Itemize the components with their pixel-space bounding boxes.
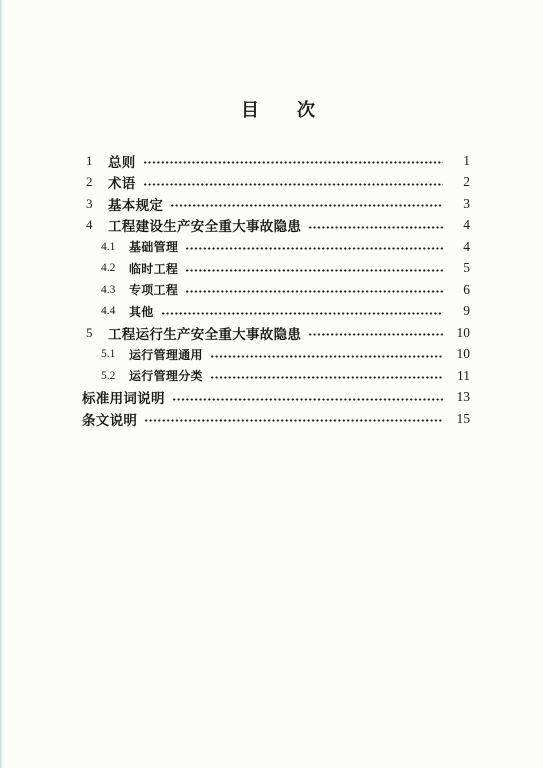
toc-entry: 4.1 基础管理 4: [86, 236, 470, 258]
entry-page-number: 3: [448, 196, 470, 212]
toc-entry: 4.2 临时工程 5: [86, 258, 470, 280]
entry-page-number: 4: [448, 217, 470, 233]
toc-entry: 5.1 运行管理通用 10: [86, 344, 470, 366]
entry-label: 运行管理分类: [129, 367, 203, 384]
entry-page-number: 11: [448, 368, 470, 384]
entry-page-number: 10: [448, 325, 470, 341]
entry-number: 2: [86, 174, 108, 190]
entry-number: 4.2: [101, 262, 121, 274]
entry-number: 4: [86, 217, 108, 233]
dot-leader: [161, 312, 443, 315]
document-page: 目 次 1 总则 1 2 术语 2 3 基本规定 3 4 工程建设生产安全重大事…: [0, 0, 543, 768]
toc-entry: 条文说明 15: [86, 408, 470, 430]
entry-label: 标准用词说明: [82, 387, 165, 407]
toc-entry: 4.3 专项工程 6: [86, 279, 470, 301]
entry-page-number: 5: [448, 260, 470, 276]
entry-label: 其他: [129, 303, 154, 320]
dot-leader: [143, 161, 443, 164]
scan-edge-shadow: [0, 0, 3, 768]
page-title-char-2: 次: [297, 100, 315, 122]
toc-entry: 3 基本规定 3: [86, 193, 470, 215]
dot-leader: [210, 376, 443, 379]
toc-list: 1 总则 1 2 术语 2 3 基本规定 3 4 工程建设生产安全重大事故隐患 …: [86, 150, 470, 430]
dot-leader: [308, 226, 443, 229]
entry-label: 术语: [108, 172, 136, 192]
toc-entry: 标准用词说明 13: [86, 387, 470, 409]
entry-number: 4.4: [101, 305, 121, 317]
entry-label: 基础管理: [129, 238, 178, 255]
toc-entry: 4 工程建设生产安全重大事故隐患 4: [86, 215, 470, 237]
toc-entry: 5.2 运行管理分类 11: [86, 365, 470, 387]
entry-page-number: 4: [448, 239, 470, 255]
dot-leader: [185, 247, 443, 250]
page-title-char-1: 目: [241, 100, 259, 122]
entry-label: 工程建设生产安全重大事故隐患: [108, 215, 301, 235]
toc-entry: 1 总则 1: [86, 150, 470, 172]
entry-number: 5: [86, 325, 108, 341]
entry-label: 临时工程: [129, 260, 178, 277]
dot-leader: [144, 419, 443, 422]
dot-leader: [185, 269, 443, 272]
entry-number: 1: [86, 153, 108, 169]
entry-page-number: 6: [448, 282, 470, 298]
dot-leader: [143, 183, 443, 186]
toc-entry: 5 工程运行生产安全重大事故隐患 10: [86, 322, 470, 344]
toc-entry: 4.4 其他 9: [86, 301, 470, 323]
entry-page-number: 15: [448, 411, 470, 427]
entry-label: 总则: [108, 151, 136, 171]
entry-number: 5.1: [101, 348, 121, 360]
entry-page-number: 2: [448, 174, 470, 190]
entry-label: 基本规定: [108, 194, 163, 214]
page-title: 目 次: [86, 100, 470, 122]
entry-number: 5.2: [101, 370, 121, 382]
entry-page-number: 9: [448, 303, 470, 319]
dot-leader: [308, 333, 443, 336]
entry-label: 运行管理通用: [129, 346, 203, 363]
entry-number: 4.1: [101, 241, 121, 253]
entry-label: 专项工程: [129, 281, 178, 298]
entry-label: 工程运行生产安全重大事故隐患: [108, 323, 301, 343]
entry-number: 4.3: [101, 284, 121, 296]
entry-label: 条文说明: [82, 409, 137, 429]
dot-leader: [185, 290, 443, 293]
dot-leader: [172, 398, 443, 401]
entry-page-number: 10: [448, 346, 470, 362]
entry-page-number: 13: [448, 389, 470, 405]
entry-page-number: 1: [448, 153, 470, 169]
dot-leader: [210, 355, 443, 358]
dot-leader: [170, 204, 443, 207]
entry-number: 3: [86, 196, 108, 212]
toc-entry: 2 术语 2: [86, 172, 470, 194]
